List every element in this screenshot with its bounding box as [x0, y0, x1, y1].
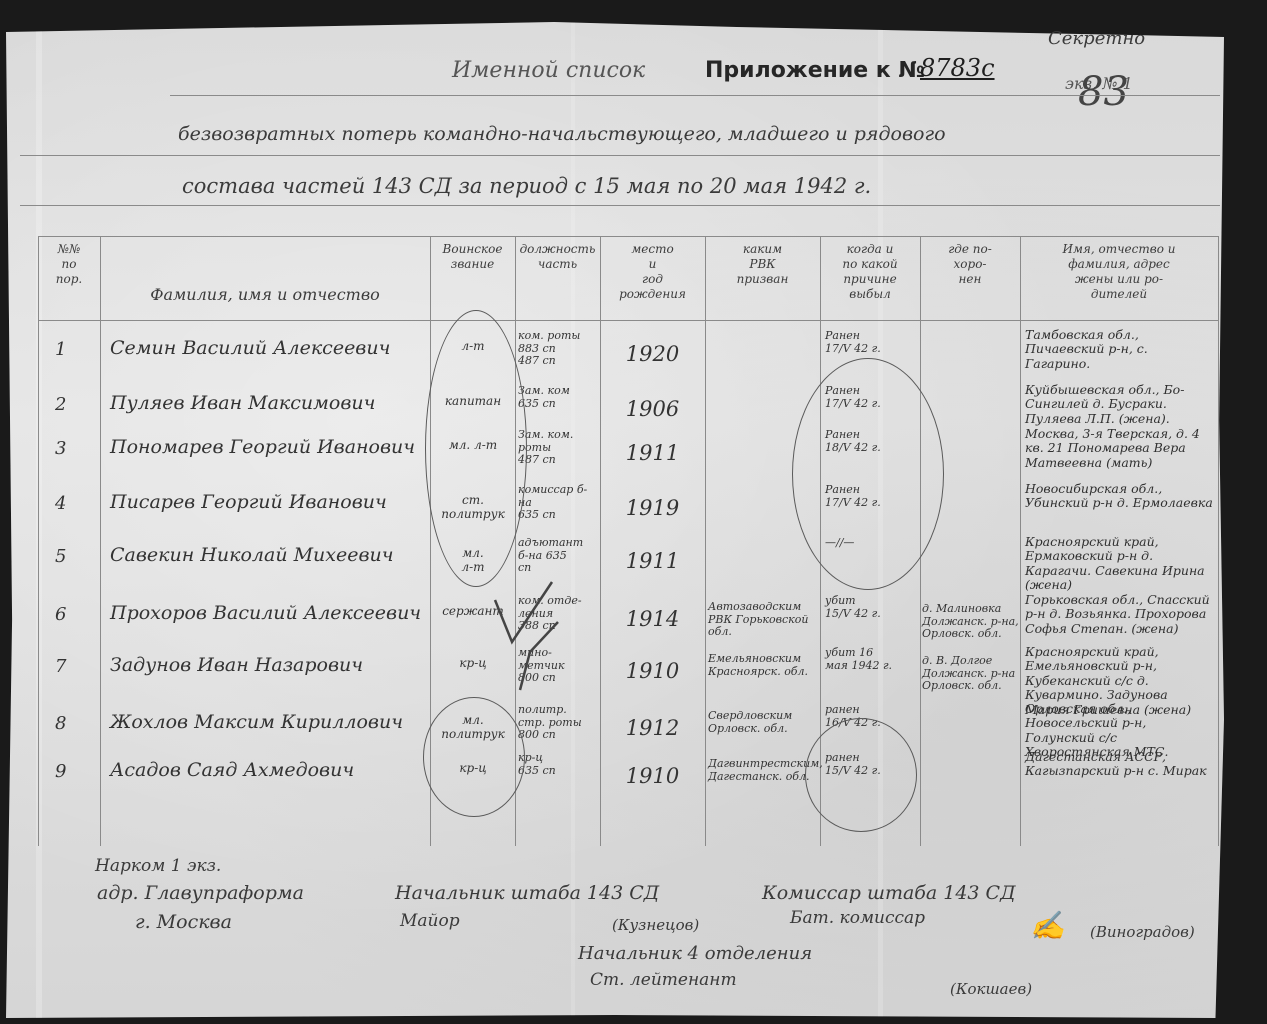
relatives-address: Новосибирская обл., Убинский р-н д. Ермо… [1025, 482, 1215, 511]
dept-chief-title: Начальник 4 отделения [578, 945, 812, 963]
handwritten-title: Именной список [452, 60, 645, 82]
sheet-number: 83 [1078, 72, 1129, 112]
header-position: должность часть [515, 242, 600, 272]
position-unit: адъютант б-на 635 сп [518, 537, 600, 575]
burial-place: д. Малиновка Должанск. р-на, Орловск. об… [922, 603, 1020, 641]
pencil-ellipse-ranks [425, 310, 527, 587]
draft-office: Дагвинтрестским, Дагестанск. обл. [708, 758, 818, 783]
header-rvk: каким РВК призван [705, 242, 820, 287]
birth-year: 1911 [600, 441, 705, 465]
chief-of-staff-rank: Майор [400, 913, 460, 930]
header-rule [20, 155, 1220, 156]
chief-of-staff-title: Начальник штаба 143 СД [395, 884, 659, 903]
header-reason: когда и по какой причине выбыл [820, 242, 920, 302]
position-unit: Зам. ком 635 сп [518, 385, 600, 410]
position-unit: Зам. ком. роты 487 сп [518, 429, 600, 467]
header-rank: Воинское звание [430, 242, 515, 272]
person-name: Пуляев Иван Максимович [110, 393, 430, 415]
header-relatives: Имя, отчество и фамилия, адрес жены или … [1020, 242, 1218, 302]
position-unit: ком. роты 883 сп 487 сп [518, 330, 600, 368]
pencil-checkmark [490, 580, 560, 700]
subtitle-line-1: безвозвратных потерь командно-начальству… [178, 125, 946, 144]
position-unit: политр. стр. роты 800 сп [518, 704, 600, 742]
loss-reason: убит 16 мая 1942 г. [825, 647, 920, 672]
table-column-divider [705, 236, 706, 846]
table-column-divider [1218, 236, 1219, 846]
table-header-border [38, 320, 1218, 321]
commissar-rank: Бат. комиссар [790, 910, 925, 927]
person-name: Асадов Саяд Ахмедович [110, 760, 430, 782]
commissar-name: (Виноградов) [1090, 925, 1195, 940]
row-number: 2 [55, 395, 95, 416]
draft-office: Емельяновским Красноярск. обл. [708, 653, 818, 678]
header-number: №№ по пор. [38, 242, 100, 287]
birth-year: 1912 [600, 716, 705, 740]
header-name: Фамилия, имя и отчество [100, 285, 430, 305]
commissar-title: Комиссар штаба 143 СД [762, 884, 1016, 903]
row-number: 7 [55, 657, 95, 678]
row-number: 9 [55, 762, 95, 783]
relatives-address: Москва, 3-я Тверская, д. 4 кв. 21 Понома… [1025, 427, 1215, 470]
dept-chief-rank: Ст. лейтенант [590, 972, 737, 989]
person-name: Семин Василий Алексеевич [110, 338, 430, 360]
distribution-city: г. Москва [135, 913, 232, 932]
person-name: Прохоров Василий Алексеевич [110, 603, 430, 625]
row-number: 8 [55, 714, 95, 735]
table-column-divider [38, 236, 39, 846]
classification-mark: Секретно [1048, 30, 1145, 48]
relatives-address: Горьковская обл., Спасский р-н д. Возьян… [1025, 593, 1215, 636]
subtitle-line-2: состава частей 143 СД за период с 15 мая… [182, 176, 871, 197]
row-number: 6 [55, 605, 95, 626]
person-name: Задунов Иван Назарович [110, 655, 430, 677]
draft-office: Свердловским Орловск. обл. [708, 710, 818, 735]
table-top-border [38, 236, 1218, 237]
order-number: 8783с [920, 56, 995, 80]
table-column-divider [1020, 236, 1021, 846]
relatives-address: Дагестанская АССР, Кагызпарский р-н с. М… [1025, 750, 1215, 779]
paper-crease [36, 22, 42, 1018]
birth-year: 1906 [600, 397, 705, 421]
loss-reason: Ранен 17/V 42 г. [825, 330, 920, 355]
loss-reason: убит 15/V 42 г. [825, 595, 920, 620]
row-number: 5 [55, 547, 95, 568]
person-name: Жохлов Максим Кириллович [110, 712, 430, 734]
dept-chief-name: (Кокшаев) [950, 982, 1032, 997]
commissar-signature: ✍ [1030, 912, 1065, 940]
person-name: Писарев Георгий Иванович [110, 492, 430, 514]
row-number: 3 [55, 439, 95, 460]
row-number: 1 [55, 340, 95, 361]
draft-office: Автозаводским РВК Горьковской обл. [708, 601, 818, 639]
header-rule [20, 205, 1220, 206]
distribution-note: Нарком 1 экз. [95, 858, 221, 875]
person-name: Пономарев Георгий Иванович [110, 437, 430, 459]
relatives-address: Тамбовская обл., Пичаевский р-н, с. Гага… [1025, 328, 1215, 371]
relatives-address: Куйбышевская обл., Бо-Сингилей д. Бусрак… [1025, 383, 1215, 426]
position-unit: кр-ц 635 сп [518, 752, 600, 777]
birth-year: 1911 [600, 549, 705, 573]
relatives-address: Красноярский край, Ермаковский р-н д. Ка… [1025, 535, 1215, 593]
birth-year: 1914 [600, 607, 705, 631]
birth-year: 1910 [600, 659, 705, 683]
chief-of-staff-name: (Кузнецов) [612, 918, 699, 933]
table-column-divider [600, 236, 601, 846]
header-burial: где по- хоро- нен [920, 242, 1020, 287]
person-name: Савекин Николай Михеевич [110, 545, 430, 567]
header-birth: место и год рождения [600, 242, 705, 302]
header-rule [170, 95, 1220, 96]
row-number: 4 [55, 494, 95, 515]
appendix-stamp: Приложение к № [705, 58, 925, 83]
position-unit: комиссар б-на 635 сп [518, 484, 600, 522]
birth-year: 1910 [600, 764, 705, 788]
pencil-ellipse-wounded [792, 358, 944, 590]
pencil-ellipse-wounded-2 [805, 718, 917, 832]
burial-place: д. В. Долгое Должанск. р-на Орловск. обл… [922, 655, 1020, 693]
pencil-ellipse-ranks-2 [423, 697, 525, 817]
distribution-address: адр. Главупраформа [97, 884, 304, 903]
birth-year: 1919 [600, 496, 705, 520]
table-column-divider [100, 236, 101, 846]
birth-year: 1920 [600, 342, 705, 366]
